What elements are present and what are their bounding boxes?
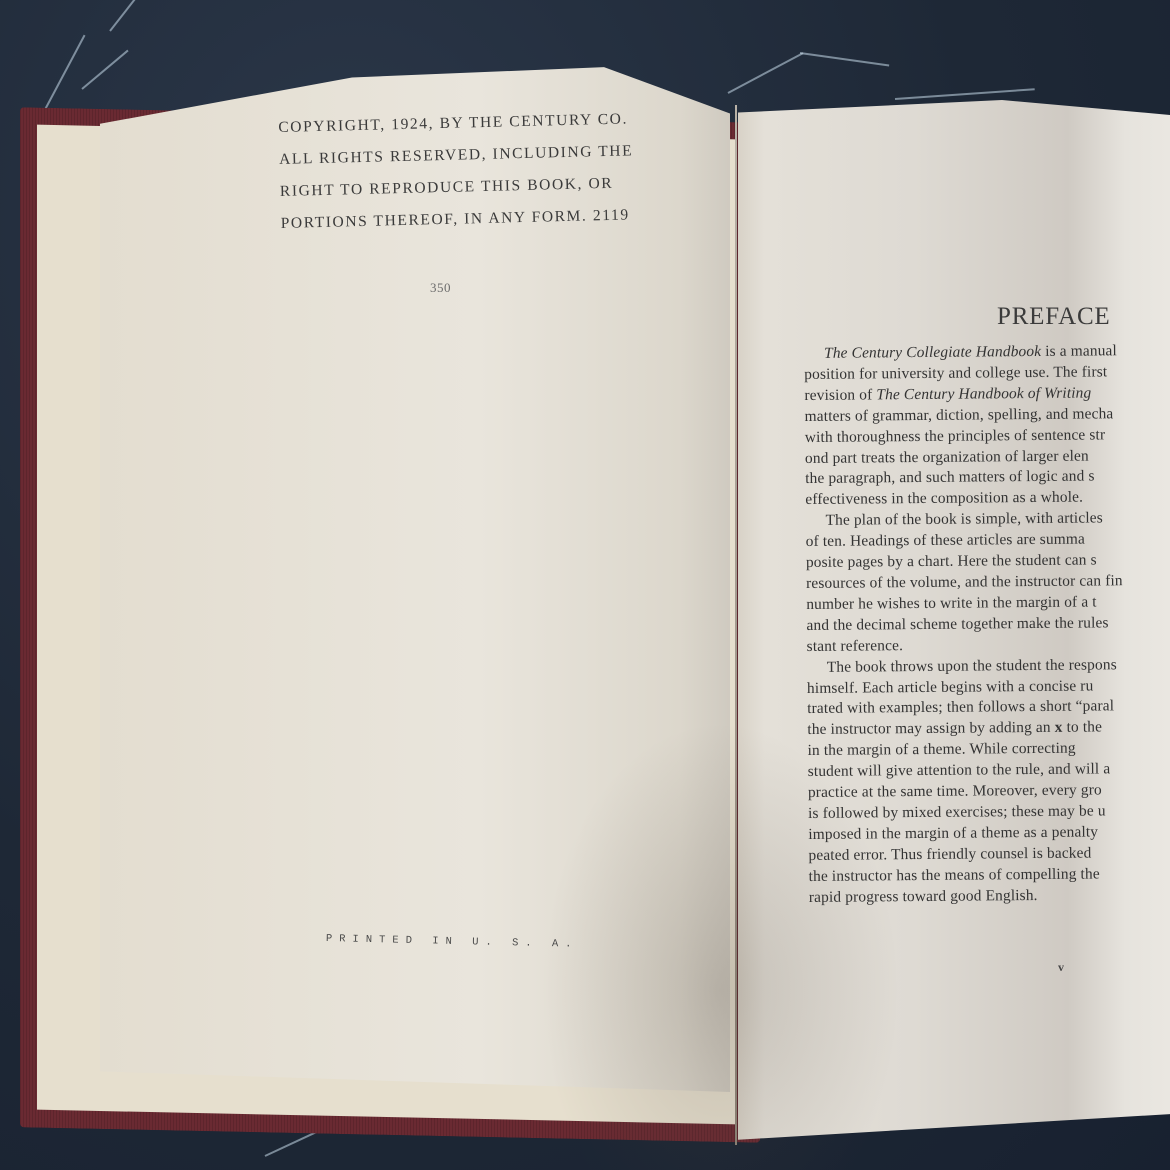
preface-text-segment: matters of grammar, diction, spelling, a… — [805, 405, 1114, 425]
preface-text-segment: resources of the volume, and the instruc… — [806, 572, 1123, 592]
preface-text-segment: with thoroughness the principles of sent… — [805, 426, 1106, 446]
preface-text-segment: in the margin of a theme. While correcti… — [807, 740, 1075, 759]
preface-text-segment: stant reference. — [807, 637, 904, 655]
preface-text-segment: the instructor may assign by adding an — [807, 719, 1054, 738]
page-number-left: 350 — [430, 280, 451, 296]
book-gutter — [735, 105, 737, 1145]
marble-vein — [109, 0, 154, 32]
preface-text-segment: The Century Collegiate Handbook — [824, 343, 1041, 362]
preface-title: PREFACE — [997, 303, 1111, 331]
preface-text-segment: the instructor has the means of compelli… — [809, 865, 1100, 885]
preface-text-segment: to the — [1063, 719, 1103, 736]
marble-vein — [895, 88, 1035, 100]
preface-text-segment: imposed in the margin of a theme as a pe… — [808, 823, 1098, 843]
marble-vein — [800, 52, 889, 67]
preface-text-segment: is a manual — [1041, 342, 1117, 360]
preface-line: rapid progress toward good English. — [809, 884, 1170, 908]
preface-text-segment: The book throws upon the student the res… — [827, 656, 1117, 676]
preface-text-segment: The plan of the book is simple, with art… — [825, 510, 1102, 529]
preface-text-segment: ond part treats the organization of larg… — [805, 447, 1089, 466]
preface-text-segment: revision of — [804, 386, 876, 404]
preface-text-segment: student will give attention to the rule,… — [808, 760, 1111, 780]
preface-text-segment: The Century Handbook of Writing — [876, 384, 1091, 403]
preface-text-segment: peated error. Thus friendly counsel is b… — [808, 844, 1091, 863]
marble-vein — [81, 50, 128, 90]
page-number-right: v — [1058, 960, 1064, 975]
preface-body: The Century Collegiate Handbook is a man… — [804, 341, 1170, 909]
preface-line: The book throws upon the student the res… — [807, 654, 1170, 678]
preface-text-segment: of ten. Headings of these articles are s… — [806, 531, 1085, 550]
preface-text-segment: the paragraph, and such matters of logic… — [805, 468, 1095, 488]
preface-text-segment: is followed by mixed exercises; these ma… — [808, 802, 1106, 822]
preface-text-segment: number he wishes to write in the margin … — [806, 593, 1097, 613]
copyright-notice: COPYRIGHT, 1924, BY THE CENTURY CO. ALL … — [278, 103, 651, 240]
preface-text-segment: posite pages by a chart. Here the studen… — [806, 552, 1097, 572]
preface-text-segment: and the decimal scheme together make the… — [806, 614, 1108, 634]
preface-text-segment: himself. Each article begins with a conc… — [807, 677, 1094, 696]
preface-text-segment: rapid progress toward good English. — [809, 887, 1038, 906]
photo-scene: COPYRIGHT, 1924, BY THE CENTURY CO. ALL … — [0, 0, 1170, 1170]
preface-text-segment: practice at the same time. Moreover, eve… — [808, 781, 1102, 801]
preface-line: resources of the volume, and the instruc… — [806, 570, 1170, 594]
preface-text-segment: position for university and college use.… — [804, 363, 1107, 383]
preface-text-segment: effectiveness in the composition as a wh… — [805, 489, 1083, 508]
marble-vein — [39, 35, 85, 120]
preface-text-segment: trated with examples; then follows a sho… — [807, 698, 1114, 718]
preface-line: The Century Collegiate Handbook is a man… — [804, 341, 1170, 365]
marble-vein — [728, 52, 804, 94]
